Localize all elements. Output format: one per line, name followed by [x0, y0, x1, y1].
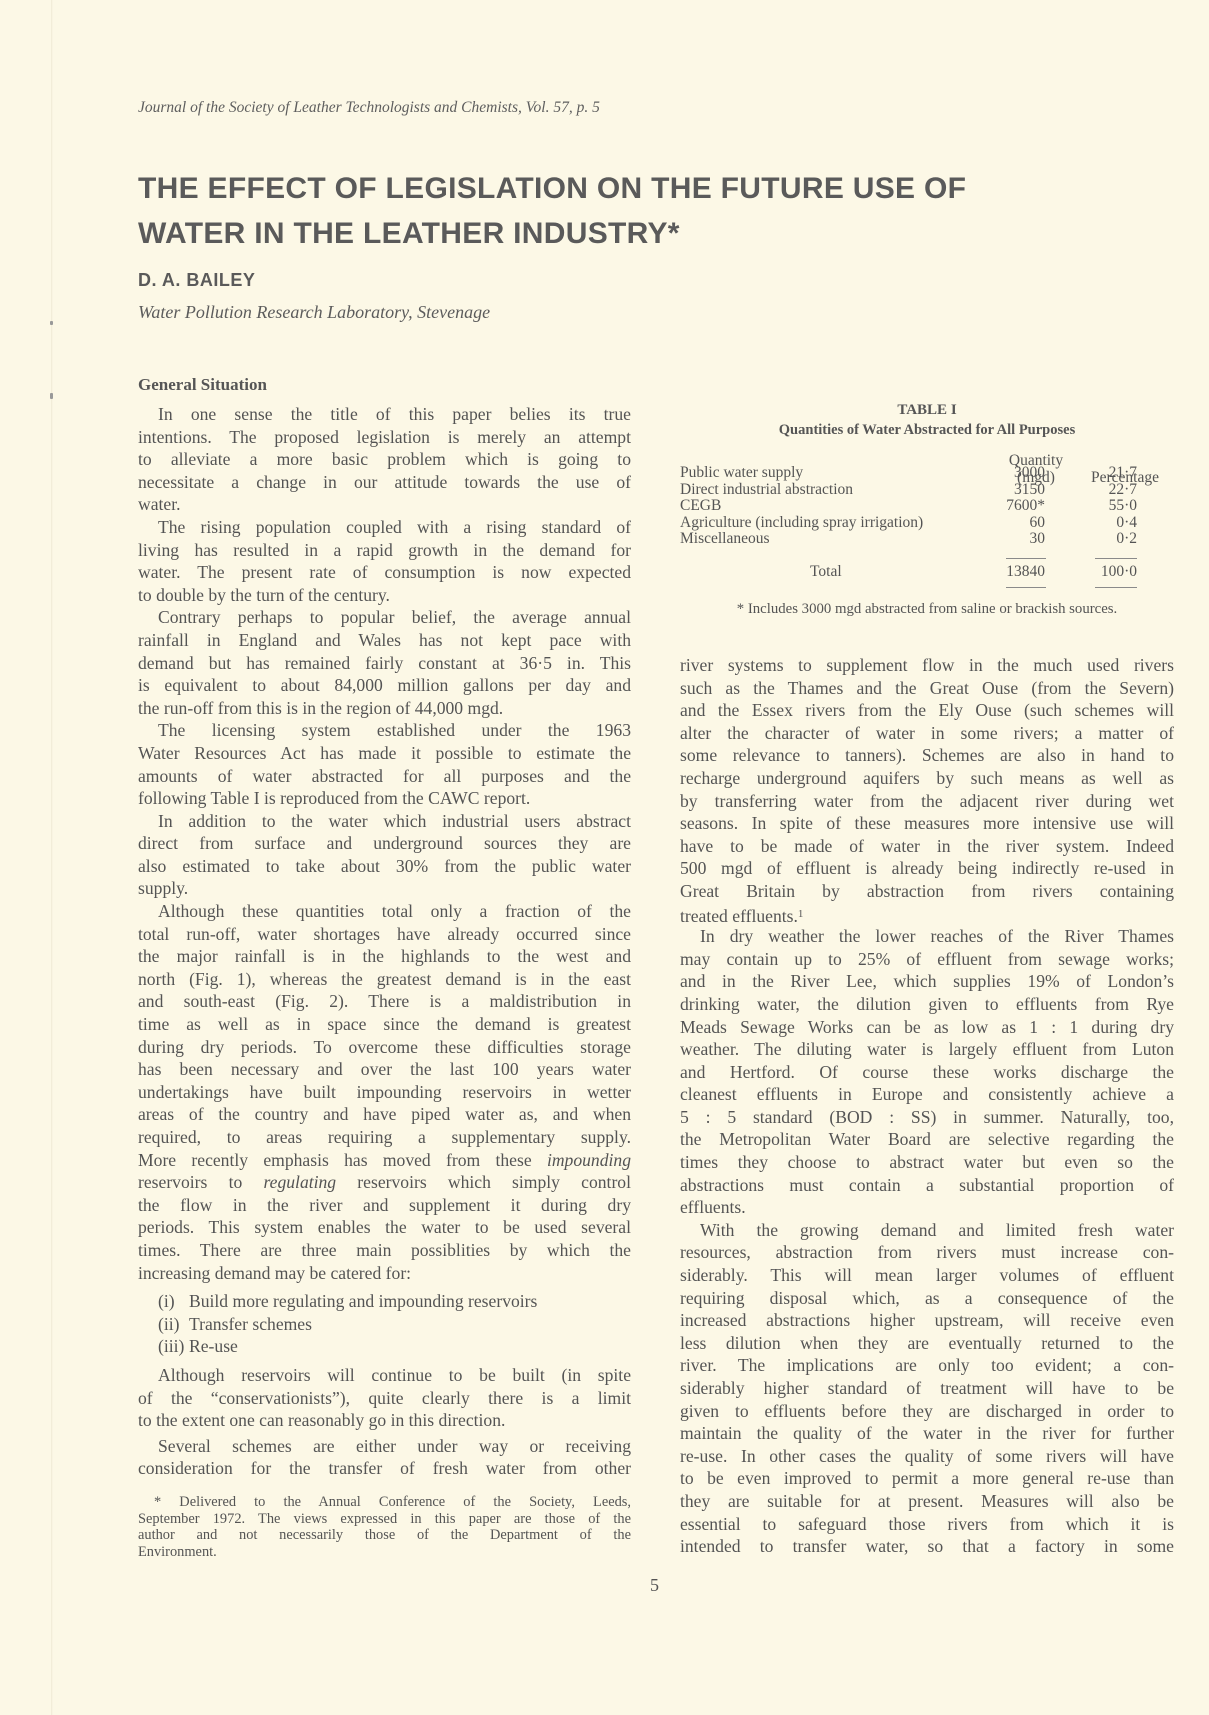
- text-line: to the extent one can reasonably go in t…: [138, 1409, 631, 1432]
- text-line: Contrary perhaps to popular belief, the …: [138, 606, 631, 629]
- title-line: WATER IN THE LEATHER INDUSTRY*: [138, 211, 1098, 256]
- text-line: times they choose to abstract water but …: [680, 1151, 1174, 1174]
- text-line: effluents.: [680, 1196, 1174, 1219]
- table-rule: [1006, 587, 1046, 588]
- text-line: In addition to the water which industria…: [138, 810, 631, 833]
- table-total-row: Total 13840 100·0: [680, 564, 1174, 581]
- text-line: they are suitable for at present. Measur…: [680, 1490, 1174, 1513]
- text-line: during dry periods. To overcome these di…: [138, 1036, 631, 1059]
- author-affiliation: Water Pollution Research Laboratory, Ste…: [138, 302, 490, 323]
- text-line: living has resulted in a rapid growth in…: [138, 539, 631, 562]
- text-line: the Metropolitan Water Board are selecti…: [680, 1128, 1174, 1151]
- text-line: undertakings have built impounding reser…: [138, 1081, 631, 1104]
- text-line: may contain up to 25% of effluent from s…: [680, 948, 1174, 971]
- text-line: is equivalent to about 84,000 million ga…: [138, 674, 631, 697]
- list-item: (i)Build more regulating and impounding …: [138, 1290, 631, 1313]
- text-line: water.: [138, 493, 631, 516]
- text-line: the run-off from this is in the region o…: [138, 697, 631, 720]
- text-line: weather. The diluting water is largely e…: [680, 1038, 1174, 1061]
- running-head: Journal of the Society of Leather Techno…: [138, 99, 600, 117]
- text-line: also estimated to take about 30% from th…: [138, 855, 631, 878]
- text-line: Water Resources Act has made it possible…: [138, 742, 631, 765]
- text-line: by transferring water from the adjacent …: [680, 790, 1174, 813]
- text-line: required, to areas requiring a supplemen…: [138, 1126, 631, 1149]
- text-line: Although these quantities total only a f…: [138, 900, 631, 923]
- text-line: September 1972. The views expressed in t…: [138, 1511, 631, 1528]
- text-line: to double by the turn of the century.: [138, 584, 631, 607]
- right-column: river systems to supplement flow in the …: [680, 654, 1174, 1558]
- text-line: alter the character of water in some riv…: [680, 722, 1174, 745]
- text-line: Meads Sewage Works can be as low as 1 : …: [680, 1016, 1174, 1039]
- left-column: General Situation In one sense the title…: [138, 374, 631, 1480]
- text-line: intentions. The proposed legislation is …: [138, 426, 631, 449]
- text-line: Several schemes are either under way or …: [138, 1435, 631, 1458]
- text-line: consideration for the transfer of fresh …: [138, 1457, 631, 1480]
- table-row: Miscellaneous300·2: [680, 531, 1174, 548]
- text-line: river. The implications are only too evi…: [680, 1354, 1174, 1377]
- text-line: has been necessary and over the last 100…: [138, 1058, 631, 1081]
- title-line: THE EFFECT OF LEGISLATION ON THE FUTURE …: [138, 166, 1098, 211]
- author-name: D. A. BAILEY: [138, 270, 255, 291]
- text-line: river systems to supplement flow in the …: [680, 654, 1174, 677]
- text-line: rainfall in England and Wales has not ke…: [138, 629, 631, 652]
- table-1: TABLE I Quantities of Water Abstracted f…: [680, 400, 1174, 440]
- text-line: of the “conservationists”), quite clearl…: [138, 1387, 631, 1410]
- table-row: Direct industrial abstraction315022·7: [680, 482, 1174, 499]
- text-line: maintain the quality of the water in the…: [680, 1422, 1174, 1445]
- text-line: to be even improved to permit a more gen…: [680, 1467, 1174, 1490]
- text-line: Environment.: [138, 1544, 631, 1561]
- text-line: increased abstractions higher upstream, …: [680, 1309, 1174, 1332]
- page-number: 5: [650, 1575, 659, 1596]
- text-line: With the growing demand and limited fres…: [680, 1219, 1174, 1242]
- table-rule: [1006, 558, 1046, 559]
- text-line: recharge underground aquifers by such me…: [680, 767, 1174, 790]
- section-heading: General Situation: [138, 374, 631, 396]
- text-line: and in the River Lee, which supplies 19%…: [680, 970, 1174, 993]
- table-row: CEGB7600*55·0: [680, 498, 1174, 515]
- text-line: periods. This system enables the water t…: [138, 1216, 631, 1239]
- text-line: Great Britain by abstraction from rivers…: [680, 880, 1174, 903]
- text-line: cleanest effluents in Europe and consist…: [680, 1083, 1174, 1106]
- text-line: and the Essex rivers from the Ely Ouse (…: [680, 699, 1174, 722]
- text-line: time as well as in space since the deman…: [138, 1013, 631, 1036]
- list-item: (ii)Transfer schemes: [138, 1313, 631, 1336]
- table-rule: [1095, 558, 1137, 559]
- text-line: have to be made of water in the river sy…: [680, 835, 1174, 858]
- table-title: Quantities of Water Abstracted for All P…: [680, 420, 1174, 440]
- text-line: drinking water, the dilution given to ef…: [680, 993, 1174, 1016]
- text-line: less dilution when they are eventually r…: [680, 1332, 1174, 1355]
- table-note: * Includes 3000 mgd abstracted from sali…: [680, 601, 1174, 618]
- table-rule: [1095, 587, 1137, 588]
- article-title: THE EFFECT OF LEGISLATION ON THE FUTURE …: [138, 166, 1098, 256]
- list-item: (iii)Re-use: [138, 1335, 631, 1358]
- table-caption: TABLE I: [680, 400, 1174, 420]
- text-line: requiring disposal which, as a consequen…: [680, 1287, 1174, 1310]
- text-line: total run-off, water shortages have alre…: [138, 923, 631, 946]
- text-line: resources, abstraction from rivers must …: [680, 1241, 1174, 1264]
- text-line: Although reservoirs will continue to be …: [138, 1364, 631, 1387]
- text-line: In dry weather the lower reaches of the …: [680, 925, 1174, 948]
- text-line: north (Fig. 1), whereas the greatest dem…: [138, 968, 631, 991]
- binding-fold: [51, 0, 53, 1715]
- text-line: seasons. In spite of these measures more…: [680, 812, 1174, 835]
- text-line: and Hertford. Of course these works disc…: [680, 1061, 1174, 1084]
- text-line: reservoirs to regulating reservoirs whic…: [138, 1171, 631, 1194]
- text-line: abstractions must contain a substantial …: [680, 1174, 1174, 1197]
- text-line: necessitate a change in our attitude tow…: [138, 471, 631, 494]
- text-line: siderably. This will mean larger volumes…: [680, 1264, 1174, 1287]
- text-line: supply.: [138, 877, 631, 900]
- text-line: and south-east (Fig. 2). There is a mald…: [138, 990, 631, 1013]
- text-line: increasing demand may be catered for:: [138, 1262, 631, 1285]
- text-line: * Delivered to the Annual Conference of …: [138, 1494, 631, 1511]
- text-line: demand but has remained fairly constant …: [138, 652, 631, 675]
- article-footnote: * Delivered to the Annual Conference of …: [138, 1494, 631, 1560]
- text-line: to alleviate a more basic problem which …: [138, 448, 631, 471]
- text-line: treated effluents.1: [680, 903, 1174, 926]
- text-line: the flow in the river and supplement it …: [138, 1194, 631, 1217]
- text-line: some relevance to tanners). Schemes are …: [680, 744, 1174, 767]
- text-line: following Table I is reproduced from the…: [138, 787, 631, 810]
- table-row: Public water supply300021·7: [680, 465, 1174, 482]
- text-line: given to effluents before they are disch…: [680, 1400, 1174, 1423]
- text-line: 500 mgd of effluent is already being ind…: [680, 857, 1174, 880]
- text-line: re-use. In other cases the quality of so…: [680, 1445, 1174, 1468]
- text-line: More recently emphasis has moved from th…: [138, 1149, 631, 1172]
- margin-speck: [50, 321, 53, 325]
- text-line: author and not necessarily those of the …: [138, 1527, 631, 1544]
- text-line: water. The present rate of consumption i…: [138, 561, 631, 584]
- text-line: the major rainfall is in the highlands t…: [138, 945, 631, 968]
- table-row: Agriculture (including spray irrigation)…: [680, 515, 1174, 532]
- text-line: 5 : 5 standard (BOD : SS) in summer. Nat…: [680, 1106, 1174, 1129]
- text-line: siderably higher standard of treatment w…: [680, 1377, 1174, 1400]
- text-line: The licensing system established under t…: [138, 719, 631, 742]
- margin-speck: [50, 393, 53, 399]
- text-line: areas of the country and have piped wate…: [138, 1103, 631, 1126]
- text-line: In one sense the title of this paper bel…: [138, 403, 631, 426]
- text-line: intended to transfer water, so that a fa…: [680, 1535, 1174, 1558]
- text-line: direct from surface and underground sour…: [138, 832, 631, 855]
- text-line: times. There are three main possiblities…: [138, 1239, 631, 1262]
- text-line: such as the Thames and the Great Ouse (f…: [680, 677, 1174, 700]
- text-line: amounts of water abstracted for all purp…: [138, 765, 631, 788]
- text-line: The rising population coupled with a ris…: [138, 516, 631, 539]
- text-line: essential to safeguard those rivers from…: [680, 1513, 1174, 1536]
